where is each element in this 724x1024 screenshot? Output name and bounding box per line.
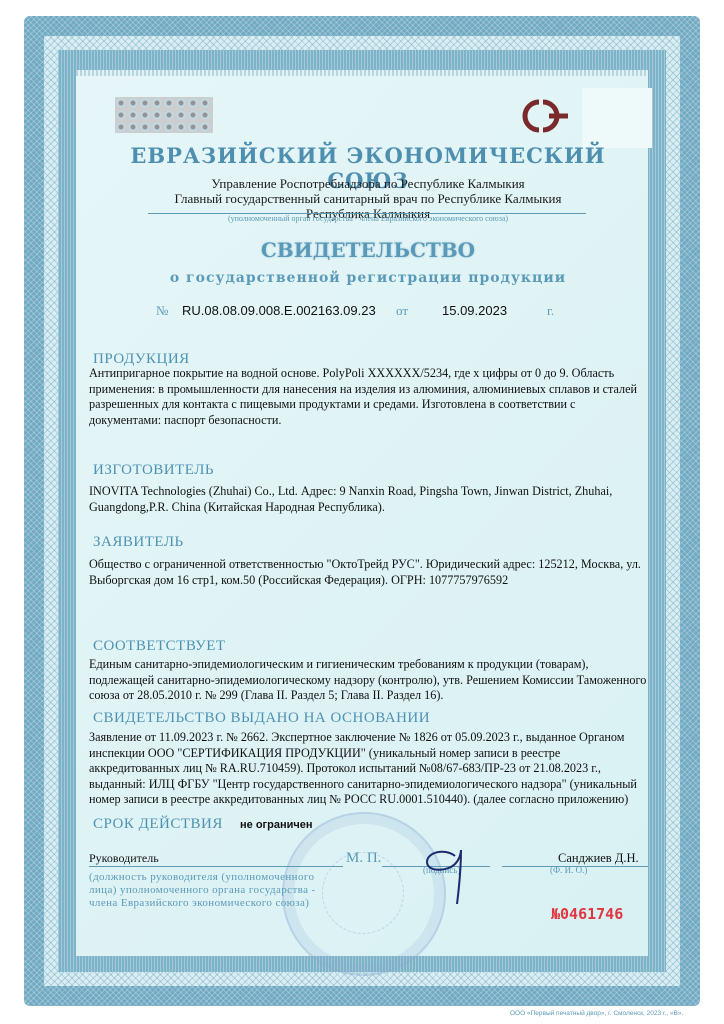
- white-stamp-area: [582, 88, 652, 148]
- position-label: Руководитель: [89, 851, 159, 866]
- applicant-text: Общество с ограниченной ответственностью…: [89, 557, 649, 588]
- validity-value: не ограничен: [240, 819, 313, 831]
- position-caption: (должность руководителя (уполномоченного…: [89, 871, 339, 910]
- conforms-text: Единым санитарно-эпидемиологическим и ги…: [89, 657, 649, 704]
- name-caption: (Ф. И. О.): [550, 865, 587, 875]
- registration-number: RU.08.08.09.008.E.002163.09.23: [182, 303, 376, 318]
- authority-line: Главный государственный санитарный врач …: [100, 191, 636, 206]
- registration-date: 15.09.2023: [442, 303, 507, 318]
- validity-heading: СРОК ДЕЙСТВИЯ: [93, 816, 223, 833]
- hologram-icon: [115, 97, 213, 133]
- certificate-subtitle: о государственной регистрации продукции: [100, 270, 636, 286]
- handwritten-signature-icon: [415, 838, 485, 908]
- year-suffix: г.: [547, 303, 554, 319]
- applicant-heading: ЗАЯВИТЕЛЬ: [93, 534, 184, 551]
- authority-line: Управление Роспотребнадзора по Республик…: [100, 176, 636, 191]
- basis-text: Заявление от 11.09.2023 г. № 2662. Экспе…: [89, 730, 649, 808]
- form-serial-number: №0461746: [551, 905, 623, 923]
- number-sign: №: [156, 303, 168, 319]
- stamp-place-label: М. П.: [346, 850, 381, 867]
- manufacturer-heading: ИЗГОТОВИТЕЛЬ: [93, 462, 214, 479]
- top-ornament-strip: [76, 70, 648, 76]
- from-label: от: [396, 303, 408, 319]
- position-line: [89, 866, 343, 867]
- signer-name: Санджиев Д.Н.: [558, 851, 639, 866]
- eac-logo-icon: [513, 96, 573, 136]
- certificate-title: СВИДЕТЕЛЬСТВО: [100, 238, 636, 262]
- manufacturer-text: INOVITA Technologies (Zhuhai) Co., Ltd. …: [89, 484, 649, 515]
- product-text: Антипригарное покрытие на водной основе.…: [89, 366, 649, 428]
- printer-imprint: ООО «Первый печатный двор», г. Смоленск,…: [510, 1010, 683, 1017]
- basis-heading: СВИДЕТЕЛЬСТВО ВЫДАНО НА ОСНОВАНИИ: [93, 710, 430, 727]
- authority-caption: (уполномоченный орган государства - член…: [100, 214, 636, 223]
- conforms-heading: СООТВЕТСТВУЕТ: [93, 638, 226, 655]
